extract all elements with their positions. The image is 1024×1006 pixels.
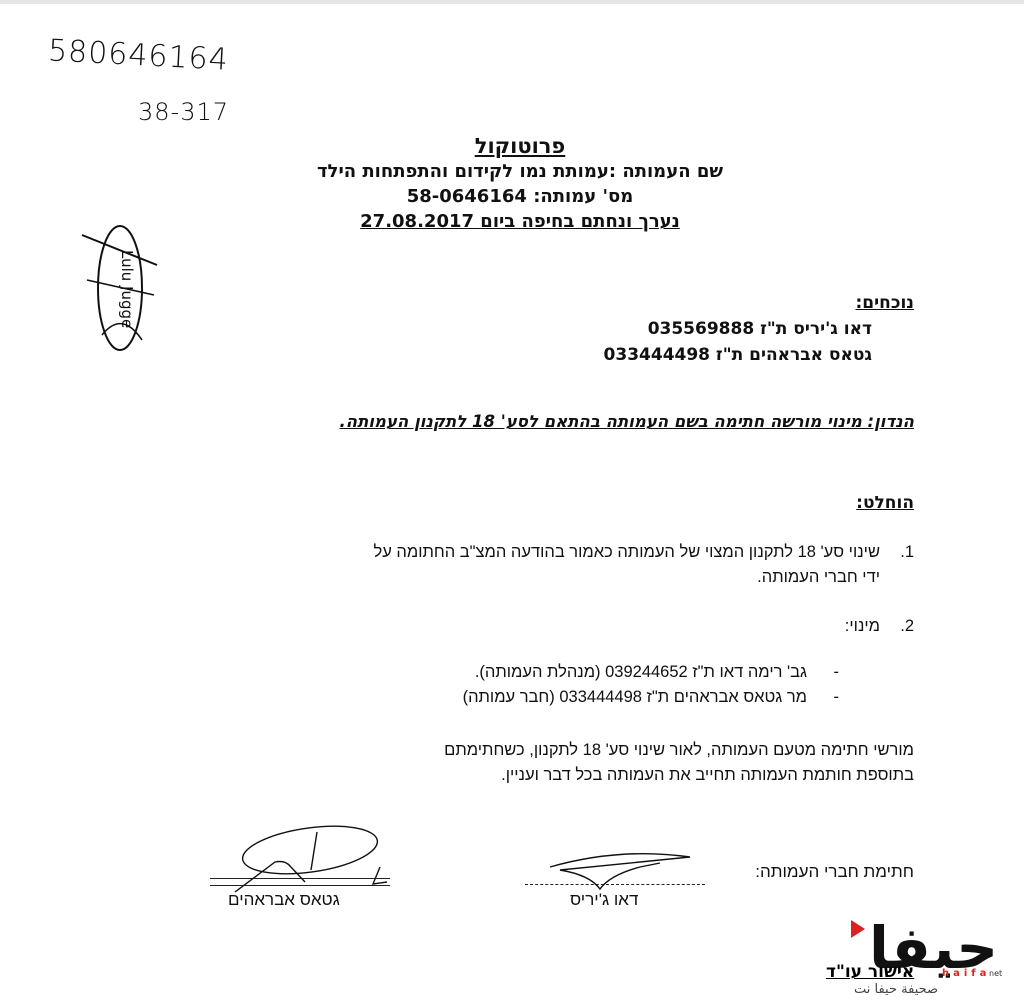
attendees-label: נוכחים:: [604, 290, 914, 316]
logo-triangle-icon: [851, 920, 865, 938]
page-top-edge: [0, 0, 1024, 4]
authority-paragraph: מורשי חתימה מטעם העמותה, לאור שינוי סע' …: [144, 738, 914, 788]
handwritten-file-ref: 38-317: [138, 98, 229, 126]
signer-2-name: גטאס אבראהים: [228, 890, 340, 910]
appointees-list: -גב' רימה דאו ת"ז 039244652 (מנהלת העמות…: [463, 660, 839, 710]
date-place-line: נערך ונחתם בחיפה ביום 27.08.2017: [250, 209, 790, 234]
handwritten-org-number: 580646164: [47, 33, 229, 77]
logo-net: net: [989, 969, 1002, 978]
attendee-1: דאו ג'יריס ת"ז 035569888: [604, 316, 872, 342]
logo-tagline: صحيفة حيفا نت: [854, 982, 938, 997]
vertical-signature-stamp: Lulu Jugge: [72, 220, 162, 360]
resolution-item-2: 2.מינוי:: [154, 614, 914, 639]
watermark-logo: حيفا haifa net صحيفة حيفا نت אישור עו"ד: [814, 910, 1014, 1005]
item-text: שינוי סע' 18 לתקנון המצוי של העמותה כאמו…: [373, 543, 880, 561]
appointee-2: -מר גטאס אבראהים ת"ז 033444498 (חבר עמות…: [463, 685, 839, 710]
org-name-line: שם העמותה :עמותת נמו לקידום והתפתחות היל…: [250, 159, 790, 184]
attendees-section: נוכחים: דאו ג'יריס ת"ז 035569888 גטאס אב…: [604, 290, 914, 368]
lawyer-approval-stamp: אישור עו"ד: [826, 962, 914, 982]
decided-label: הוחלט:: [856, 490, 914, 516]
appointee-1: -גב' רימה דאו ת"ז 039244652 (מנהלת העמות…: [463, 660, 839, 685]
item-number: 2.: [880, 614, 914, 639]
resolution-item-1: 1.שינוי סע' 18 לתקנון המצוי של העמותה כא…: [154, 540, 914, 590]
subject-line: הנדון: מינוי מורשה חתימה בשם העמותה בהתא…: [340, 412, 914, 431]
signature-1-scribble: [540, 845, 700, 895]
logo-latin: haifa: [942, 968, 990, 979]
item-number: 1.: [880, 540, 914, 565]
signatures-label: חתימת חברי העמותה:: [755, 862, 914, 882]
item-text: מינוי:: [845, 617, 880, 635]
document-title: פרוטוקול: [250, 134, 790, 159]
signer-1-name: דאו ג'יריס: [570, 890, 638, 910]
item-text-cont: ידי חברי העמותה.: [154, 565, 880, 590]
org-number-line: מס' עמותה: 58-0646164: [250, 184, 790, 209]
attendee-2: גטאס אבראהים ת"ז 033444498: [604, 342, 872, 368]
svg-text:Lulu Jugge: Lulu Jugge: [118, 250, 136, 328]
document-header: פרוטוקול שם העמותה :עמותת נמו לקידום והת…: [250, 134, 790, 234]
